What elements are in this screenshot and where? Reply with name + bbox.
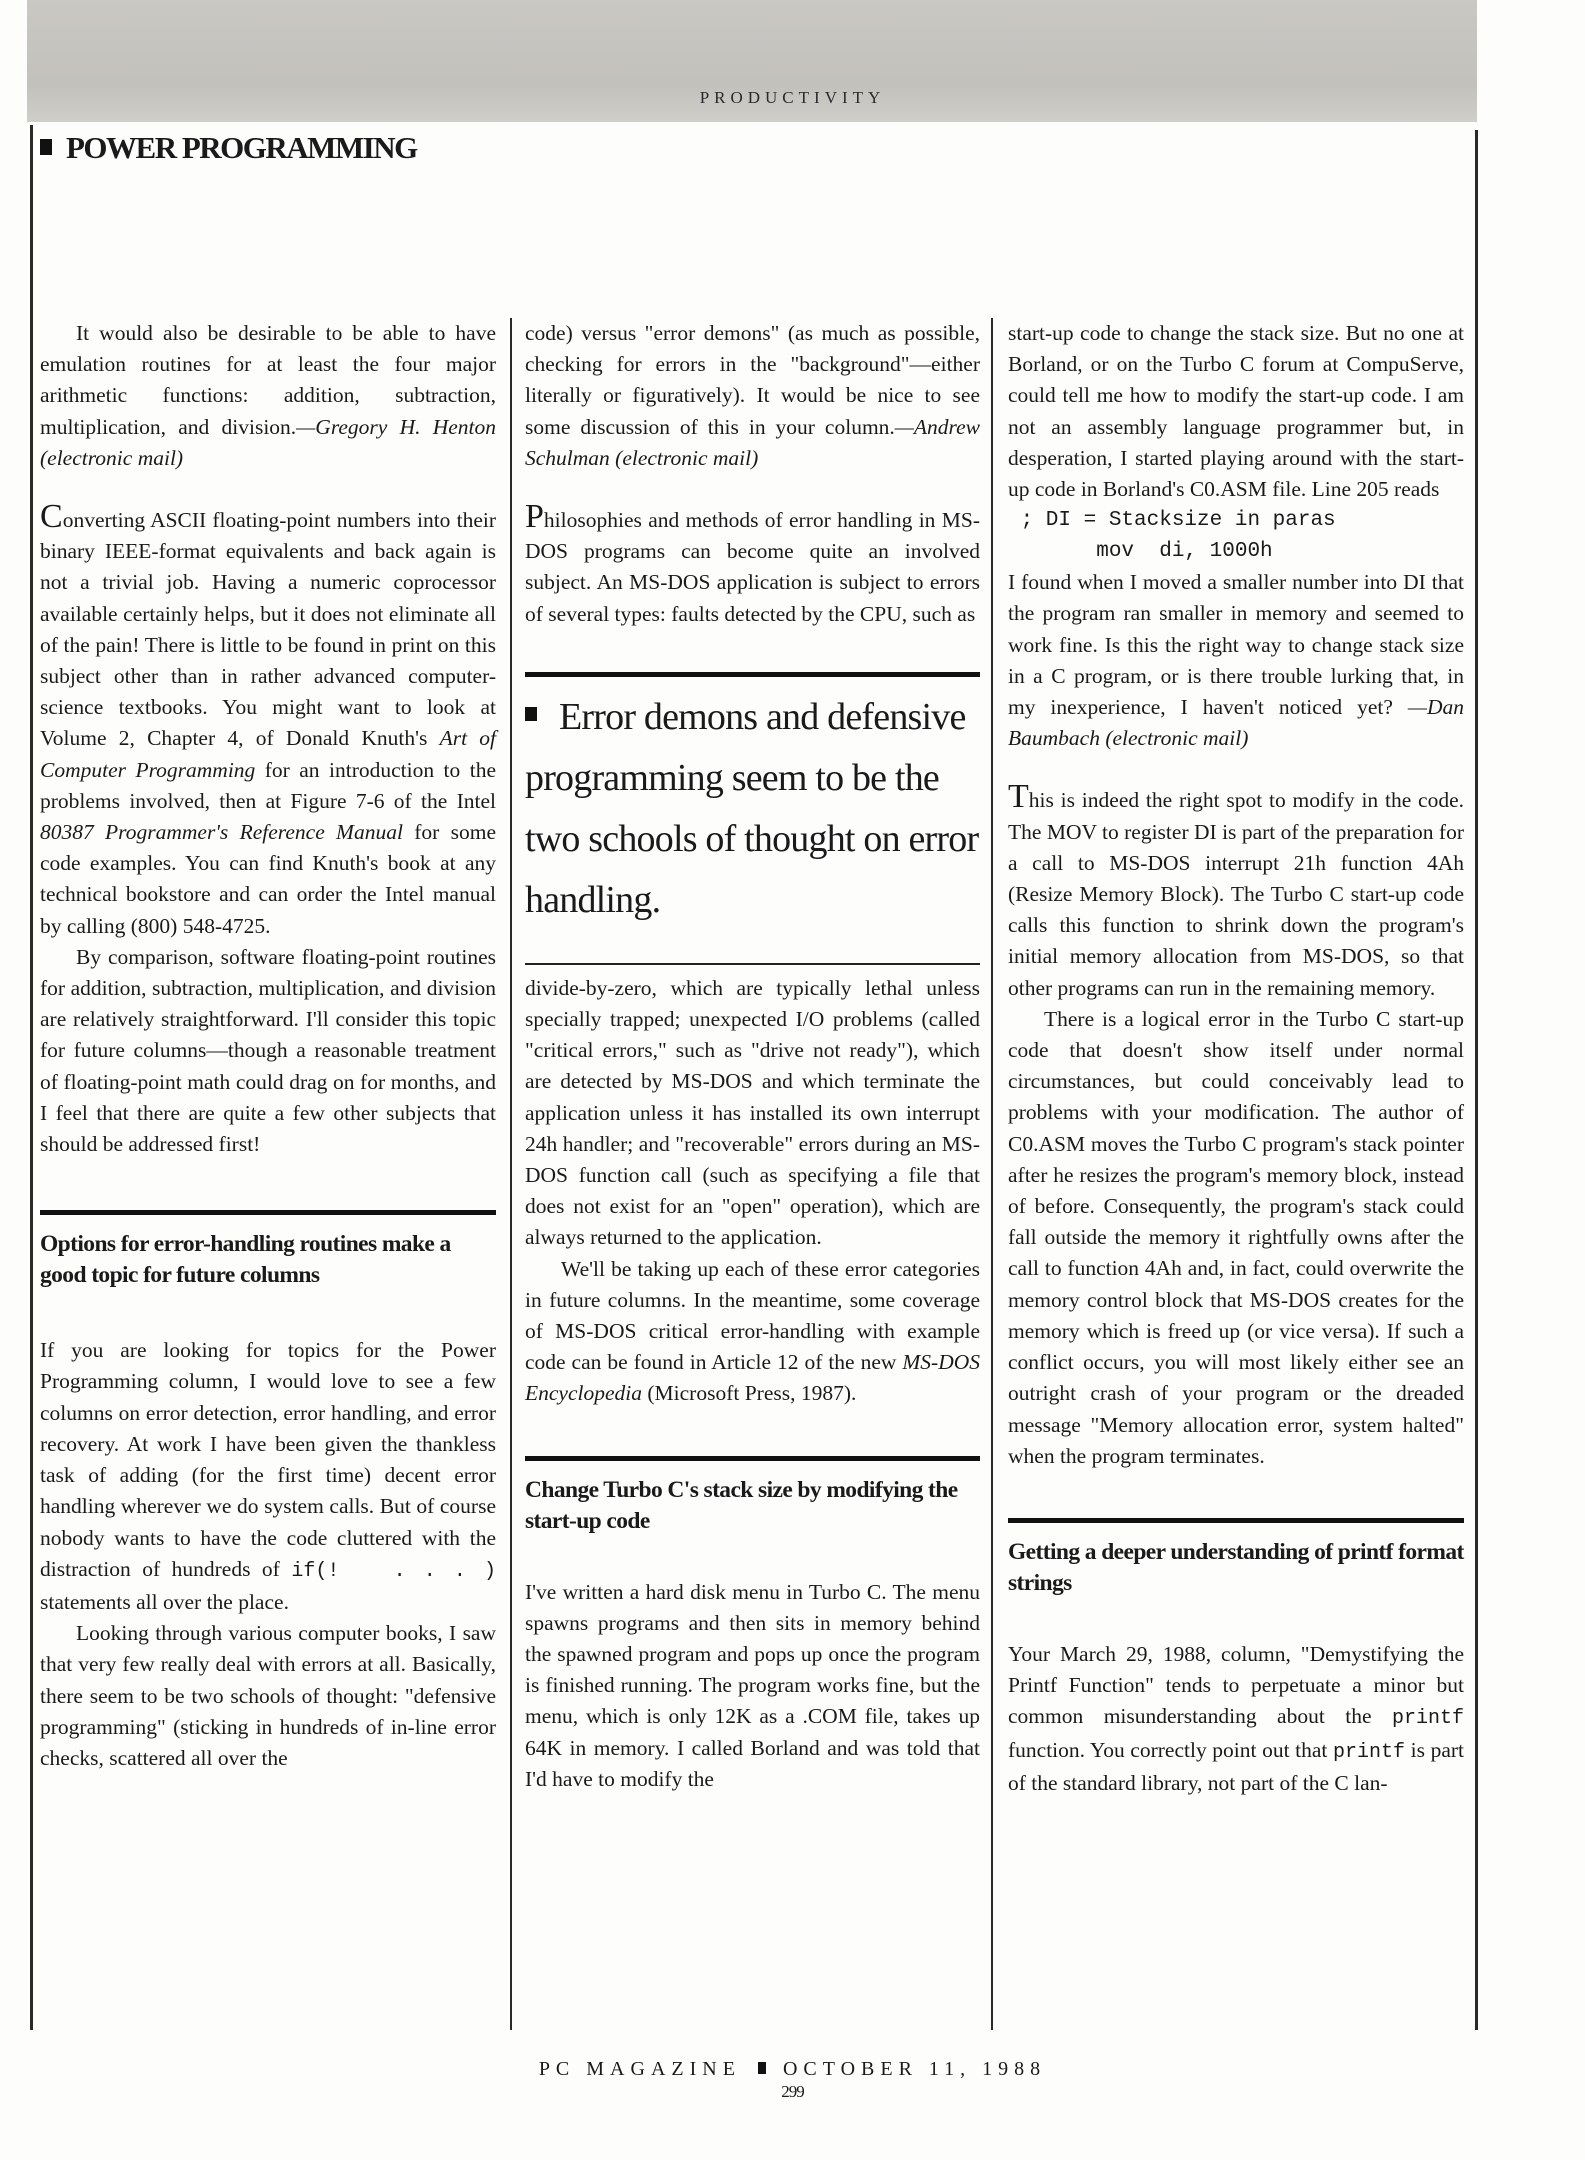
subhead: Options for error-handling routines make… bbox=[40, 1229, 496, 1291]
code-block: ; DI = Stacksize in paras mov di, 1000h bbox=[1008, 505, 1464, 567]
page-footer: PC MAGAZINE OCTOBER 11, 1988 bbox=[0, 2058, 1585, 2081]
pullquote: Error demons and defensive programming s… bbox=[525, 687, 980, 931]
book-title: 80387 Programmer's Reference Manual bbox=[40, 820, 403, 844]
letter-paragraph: Looking through various computer books, … bbox=[40, 1618, 496, 1774]
bullet-square-icon bbox=[758, 2062, 766, 2074]
letter-paragraph: I found when I moved a smaller number in… bbox=[1008, 567, 1464, 754]
inline-code: if(! . . . ) bbox=[291, 1560, 496, 1583]
answer-paragraph: Philosophies and methods of error handli… bbox=[525, 505, 980, 630]
column-3: start-up code to change the stack size. … bbox=[1008, 318, 1464, 1799]
page-border-left bbox=[30, 125, 33, 2030]
bullet-square-icon bbox=[525, 707, 537, 721]
column-2: code) versus "error demons" (as much as … bbox=[525, 318, 980, 1795]
letter-paragraph: It would also be desirable to be able to… bbox=[40, 318, 496, 474]
letter-paragraph: If you are looking for topics for the Po… bbox=[40, 1335, 496, 1618]
answer-paragraph: This is indeed the right spot to modify … bbox=[1008, 785, 1464, 1003]
drop-cap: C bbox=[40, 498, 63, 535]
subhead: Getting a deeper understanding of printf… bbox=[1008, 1537, 1464, 1599]
column-1: It would also be desirable to be able to… bbox=[40, 318, 496, 1774]
issue-date: OCTOBER 11, 1988 bbox=[783, 2058, 1046, 2080]
letter-paragraph: code) versus "error demons" (as much as … bbox=[525, 318, 980, 474]
section-kicker: PRODUCTIVITY bbox=[0, 88, 1585, 108]
answer-paragraph: There is a logical error in the Turbo C … bbox=[1008, 1004, 1464, 1472]
subhead: Change Turbo C's stack size by modifying… bbox=[525, 1475, 980, 1537]
column-divider bbox=[991, 318, 993, 2030]
letter-paragraph: Your March 29, 1988, column, "Demystifyi… bbox=[1008, 1639, 1464, 1799]
page-number: 299 bbox=[0, 2082, 1585, 2102]
inline-code: printf bbox=[1392, 1707, 1464, 1730]
section-title: POWER PROGRAMMING bbox=[40, 130, 417, 166]
answer-paragraph: We'll be taking up each of these error c… bbox=[525, 1254, 980, 1410]
page-border-right bbox=[1475, 130, 1478, 2030]
drop-cap: P bbox=[525, 498, 544, 535]
magazine-name: PC MAGAZINE bbox=[539, 2058, 741, 2080]
drop-cap: T bbox=[1008, 778, 1029, 815]
answer-paragraph: Converting ASCII floating-point numbers … bbox=[40, 505, 496, 942]
column-divider bbox=[510, 318, 512, 2030]
letter-paragraph: start-up code to change the stack size. … bbox=[1008, 318, 1464, 505]
answer-paragraph: By comparison, software floating-point r… bbox=[40, 942, 496, 1160]
bullet-square-icon bbox=[40, 139, 52, 155]
answer-paragraph: divide-by-zero, which are typically leth… bbox=[525, 973, 980, 1254]
inline-code: printf bbox=[1333, 1741, 1405, 1764]
letter-paragraph: I've written a hard disk menu in Turbo C… bbox=[525, 1577, 980, 1795]
